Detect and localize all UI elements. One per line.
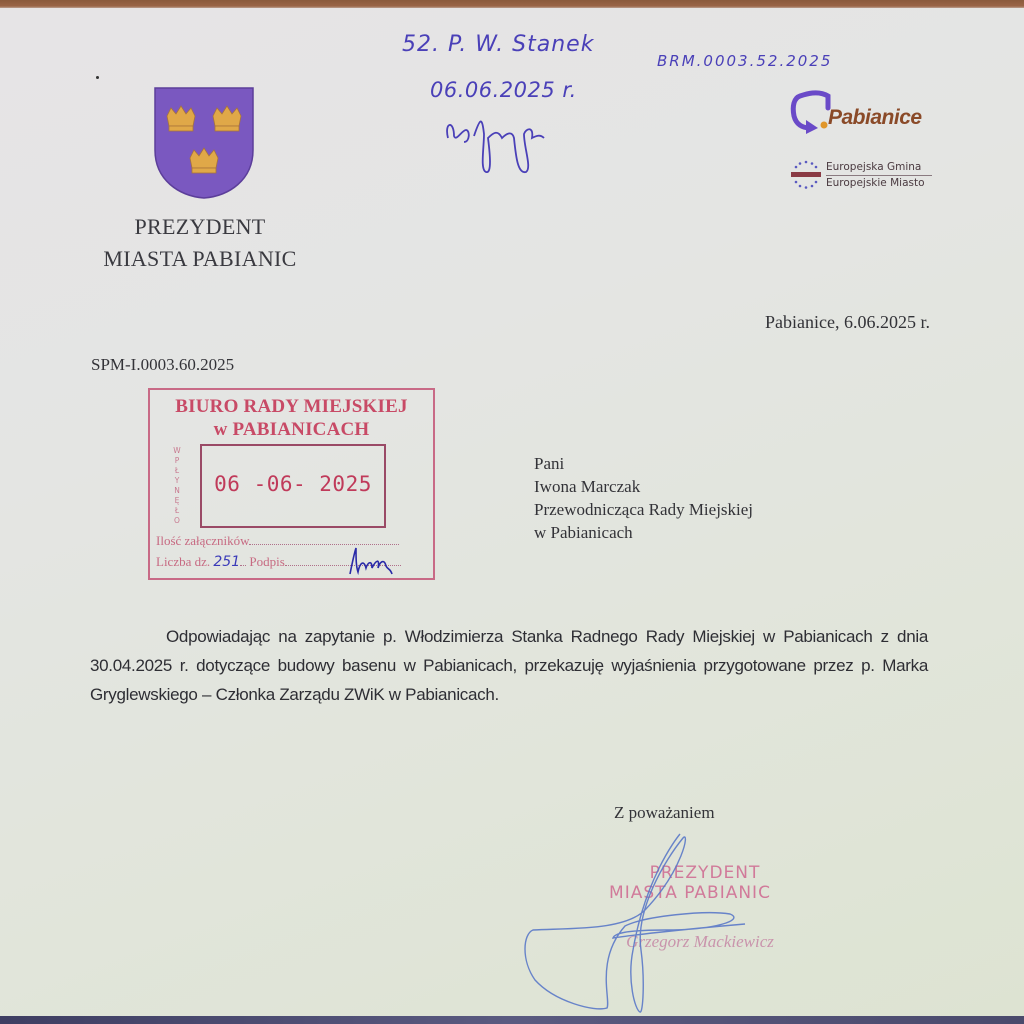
eu-stars-icon [790, 160, 822, 190]
recipient-name: Iwona Marczak [534, 475, 753, 498]
eu-text-line1: Europejska Gmina [826, 160, 932, 175]
logo-text: Pabianice [828, 106, 922, 130]
number-value: 251 [213, 554, 240, 570]
number-label: Liczba dz. [156, 554, 210, 569]
recipient-position: Przewodnicząca Rady Miejskiej [534, 498, 753, 521]
stamp-date-box: 06 -06- 2025 [200, 444, 386, 528]
reference-number: SPM-I.0003.60.2025 [91, 355, 234, 375]
letter-body: Odpowiadając na zapytanie p. Włodzimierz… [90, 622, 928, 709]
stamp-title-line1: BIURO RADY MIEJSKIEJ [150, 396, 433, 417]
handwritten-registry-number: BRM.0003.52.2025 [657, 52, 832, 70]
place-date: Pabianice, 6.06.2025 r. [765, 312, 930, 333]
header-title-line1: PREZYDENT [60, 212, 340, 242]
stamp-date: 06 -06- 2025 [202, 472, 384, 496]
recipient-block: Pani Iwona Marczak Przewodnicząca Rady M… [534, 452, 753, 544]
screen-bezel [0, 1016, 1024, 1024]
dotted-line [240, 555, 246, 566]
header-title-line2: MIASTA PABIANIC [60, 244, 340, 274]
stamp-vertical-label: WPŁYNĘŁO [172, 446, 182, 526]
pabianice-logo: Pabianice [788, 88, 938, 138]
received-stamp: BIURO RADY MIEJSKIEJ w PABIANICACH WPŁYN… [148, 388, 435, 580]
coat-of-arms-three-crowns-icon [153, 86, 255, 200]
handwritten-note-line1: 52. P. W. Stanek [402, 32, 594, 57]
handwritten-signature-icon [440, 108, 550, 178]
recipient-location: w Pabianicach [534, 521, 753, 544]
president-signature-icon [515, 830, 775, 1020]
stamp-signature-icon [346, 544, 398, 578]
dot-mark [96, 76, 99, 79]
letter-page: PREZYDENT MIASTA PABIANIC 52. P. W. Stan… [0, 8, 1024, 1016]
recipient-salutation: Pani [534, 452, 753, 475]
eu-text-line2: Europejskie Miasto [826, 176, 932, 191]
closing: Z poważaniem [614, 803, 715, 823]
handwritten-note-line2: 06.06.2025 r. [430, 78, 577, 102]
attachments-label: Ilość załączników [156, 533, 249, 548]
stamp-title-line2: w PABIANICACH [150, 419, 433, 440]
signature-label: Podpis [249, 554, 284, 569]
